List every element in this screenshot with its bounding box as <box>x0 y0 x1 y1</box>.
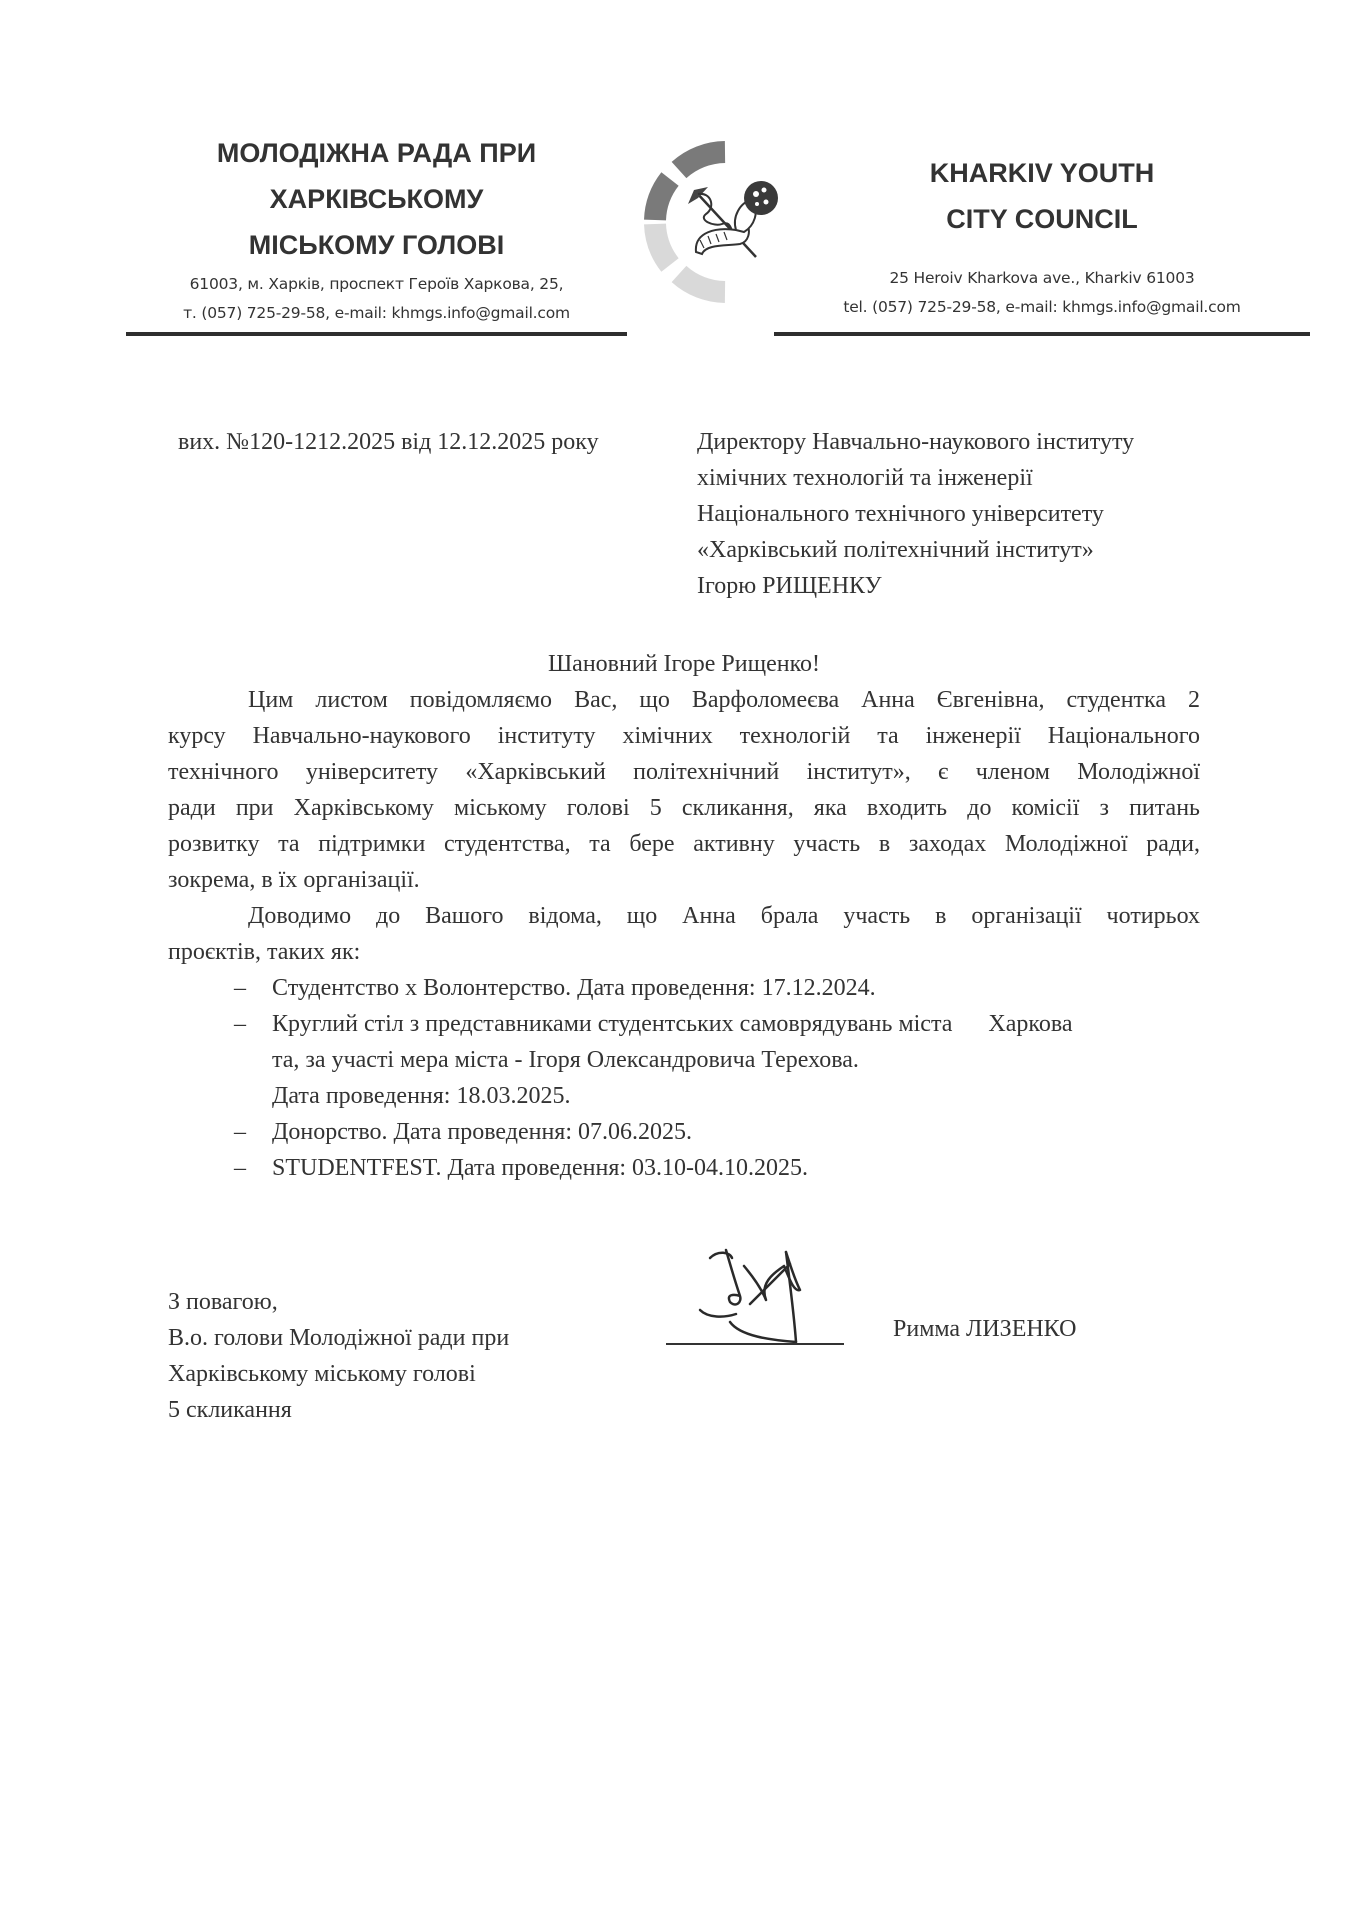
addressee-line: Національного технічного університету <box>697 496 1134 532</box>
org-address-en: 25 Heroiv Kharkova ave., Kharkiv 61003 <box>774 264 1310 293</box>
org-name-ua-line-3: МІСЬКОМУ ГОЛОВІ <box>126 222 627 268</box>
list-item: – Круглий стіл з представниками студентс… <box>168 1006 1200 1114</box>
org-contacts-en: tel. (057) 725-29-58, e-mail: khmgs.info… <box>774 293 1310 322</box>
projects-list: – Студентство х Волонтерство. Дата прове… <box>168 970 1200 1186</box>
addressee-line: хімічних технологій та інженерії <box>697 460 1134 496</box>
org-address-ua: 61003, м. Харків, проспект Героїв Харков… <box>126 270 627 299</box>
org-name-en-line-1: KHARKIV YOUTH <box>774 150 1310 196</box>
paragraph-1-line: курсу Навчально-наукового інституту хімі… <box>168 718 1200 754</box>
closing-line: З повагою, <box>168 1284 509 1320</box>
paragraph-1-line: зокрема, в їх організації. <box>168 862 1200 898</box>
list-item: – Студентство х Волонтерство. Дата прове… <box>168 970 1200 1006</box>
paragraph-2-line: Доводимо до Вашого відома, що Анна брала… <box>168 898 1200 934</box>
project-text: STUDENTFEST. Дата проведення: 03.10-04.1… <box>272 1150 1200 1186</box>
project-text: та, за участі мера міста - Ігоря Олексан… <box>272 1042 1200 1078</box>
addressee-name: Ігорю РИЩЕНКУ <box>697 568 1134 604</box>
handwritten-signature-icon <box>690 1244 820 1344</box>
project-text: Дата проведення: 18.03.2025. <box>272 1078 1200 1114</box>
header-right-rule <box>774 332 1310 336</box>
paragraph-1-line: ради при Харківському міському голові 5 … <box>168 790 1200 826</box>
addressee-block: Директору Навчально-наукового інституту … <box>697 424 1134 604</box>
project-text: Донорство. Дата проведення: 07.06.2025. <box>272 1114 1200 1150</box>
letter-body: Шановний Ігоре Рищенко! Цим листом повід… <box>168 646 1200 1186</box>
dash-bullet: – <box>234 970 246 1006</box>
greeting: Шановний Ігоре Рищенко! <box>168 646 1200 682</box>
paragraph-1-line: Цим листом повідомляємо Вас, що Варфолом… <box>168 682 1200 718</box>
signer-title-line: 5 скликання <box>168 1392 509 1428</box>
paragraph-1-line: розвитку та підтримки студентства, та бе… <box>168 826 1200 862</box>
signer-title-line: Харківському міському голові <box>168 1356 509 1392</box>
header-right: KHARKIV YOUTH CITY COUNCIL 25 Heroiv Kha… <box>774 150 1310 322</box>
paragraph-2-line: проєктів, таких як: <box>168 934 1200 970</box>
addressee-line: Директору Навчально-наукового інституту <box>697 424 1134 460</box>
paragraph-1-line: технічного університету «Харківський пол… <box>168 754 1200 790</box>
dash-bullet: – <box>234 1006 246 1042</box>
addressee-line: «Харківський політехнічний інститут» <box>697 532 1134 568</box>
header-left: МОЛОДІЖНА РАДА ПРИ ХАРКІВСЬКОМУ МІСЬКОМУ… <box>126 130 627 328</box>
signer-name: Римма ЛИЗЕНКО <box>893 1311 1076 1347</box>
org-name-ua-line-2: ХАРКІВСЬКОМУ <box>126 176 627 222</box>
signer-title-line: В.о. голови Молодіжної ради при <box>168 1320 509 1356</box>
dash-bullet: – <box>234 1150 246 1186</box>
org-name-en-line-2: CITY COUNCIL <box>774 196 1310 242</box>
closing-block: З повагою, В.о. голови Молодіжної ради п… <box>168 1284 509 1428</box>
header-left-rule <box>126 332 627 336</box>
org-name-ua-line-1: МОЛОДІЖНА РАДА ПРИ <box>126 130 627 176</box>
project-text: Студентство х Волонтерство. Дата проведе… <box>272 970 1200 1006</box>
signature-line <box>666 1343 844 1345</box>
dash-bullet: – <box>234 1114 246 1150</box>
project-text: Круглий стіл з представниками студентськ… <box>272 1006 1200 1042</box>
list-item: – Донорство. Дата проведення: 07.06.2025… <box>168 1114 1200 1150</box>
list-item: – STUDENTFEST. Дата проведення: 03.10-04… <box>168 1150 1200 1186</box>
outgoing-reference: вих. №120-1212.2025 від 12.12.2025 року <box>178 424 599 460</box>
org-contacts-ua: т. (057) 725-29-58, e-mail: khmgs.info@g… <box>126 299 627 328</box>
